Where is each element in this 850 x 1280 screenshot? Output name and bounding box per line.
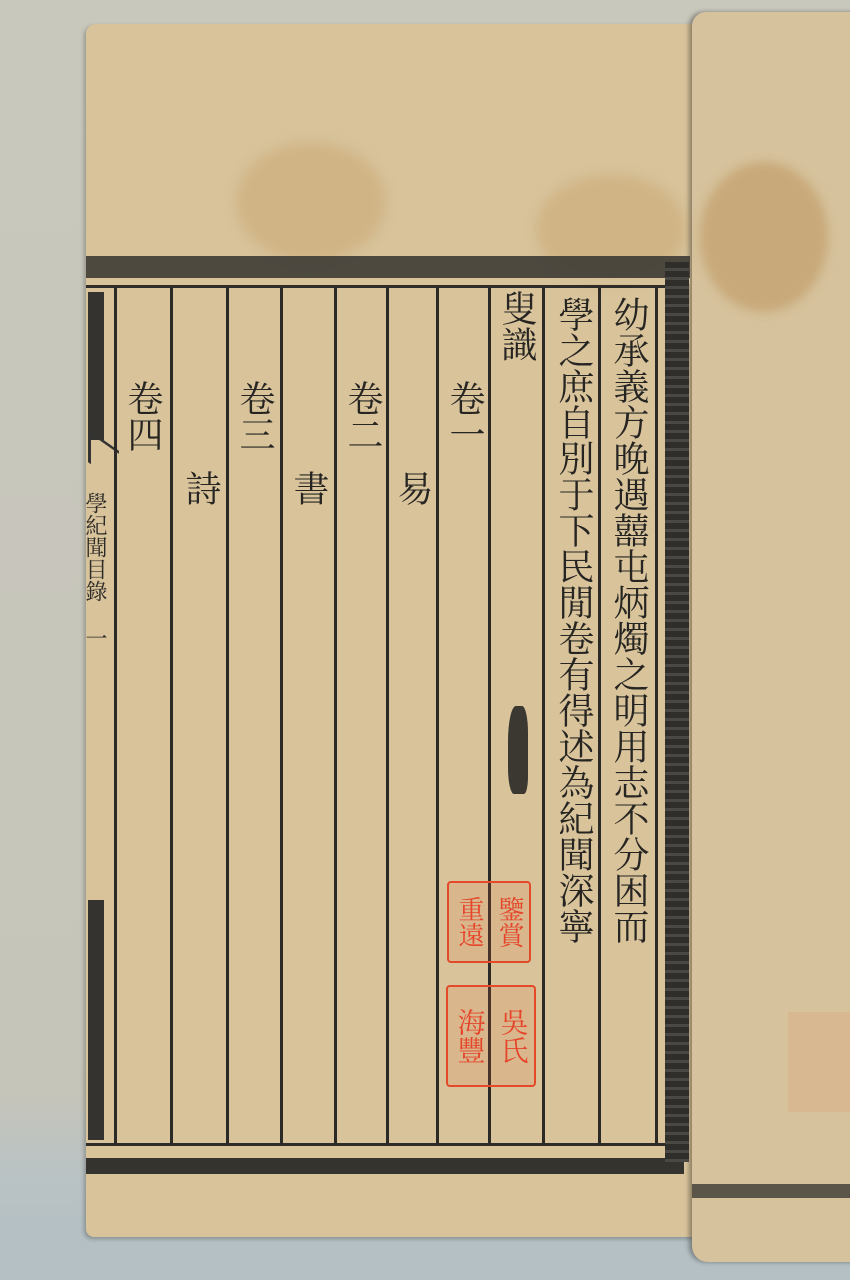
- toc-volume-1: 卷一: [440, 380, 486, 452]
- preface-signature: 叟識: [492, 290, 538, 362]
- collector-seal-1: 重遠 鑒賞: [447, 881, 531, 963]
- toc-volume-3: 卷三: [230, 380, 276, 452]
- block-frame-right: [665, 262, 689, 1162]
- column-rule: [655, 288, 658, 1144]
- block-frame-bottom-line: [86, 1143, 684, 1146]
- water-stain: [700, 162, 828, 312]
- column-rule: [280, 288, 283, 1144]
- toc-subject-3: 詩: [176, 470, 222, 506]
- column-rule: [598, 288, 601, 1144]
- block-heart-title: 學紀聞目錄 一: [89, 492, 111, 649]
- seal-text: 鑒賞: [489, 883, 529, 961]
- toc-volume-4: 卷四: [118, 380, 164, 452]
- block-heart-black-mouth: [88, 292, 104, 440]
- column-rule: [386, 288, 389, 1144]
- seal-text: 吳氏: [491, 987, 534, 1085]
- toc-subject-2: 書: [284, 470, 330, 506]
- column-rule: [226, 288, 229, 1144]
- block-heart-black-mouth-lower: [88, 900, 104, 1140]
- ink-smudge: [508, 706, 528, 794]
- block-frame-top-line: [86, 285, 684, 288]
- preface-column-2: 學之庶自別于下民閒卷有得述為紀聞深寧: [549, 296, 595, 944]
- next-page-edge: [692, 12, 850, 1262]
- column-rule: [542, 288, 545, 1144]
- column-rule: [436, 288, 439, 1144]
- preface-column-1: 幼承義方晚遇囍屯炳燭之明用志不分困而: [604, 296, 650, 944]
- block-frame-bottom: [86, 1158, 684, 1174]
- toc-subject-1: 易: [388, 470, 434, 506]
- seal-text: 重遠: [449, 883, 489, 961]
- collector-seal-2: 海豐 吳氏: [446, 985, 536, 1087]
- column-rule: [114, 288, 117, 1144]
- column-rule: [170, 288, 173, 1144]
- toc-volume-2: 卷二: [338, 380, 384, 452]
- frame-rule: [692, 1184, 850, 1198]
- book-page: [86, 24, 694, 1237]
- column-rule: [334, 288, 337, 1144]
- block-frame-top: [86, 256, 690, 284]
- water-stain: [236, 142, 386, 262]
- seal-text: 海豐: [448, 987, 491, 1085]
- faint-seal-offset: [788, 1012, 850, 1112]
